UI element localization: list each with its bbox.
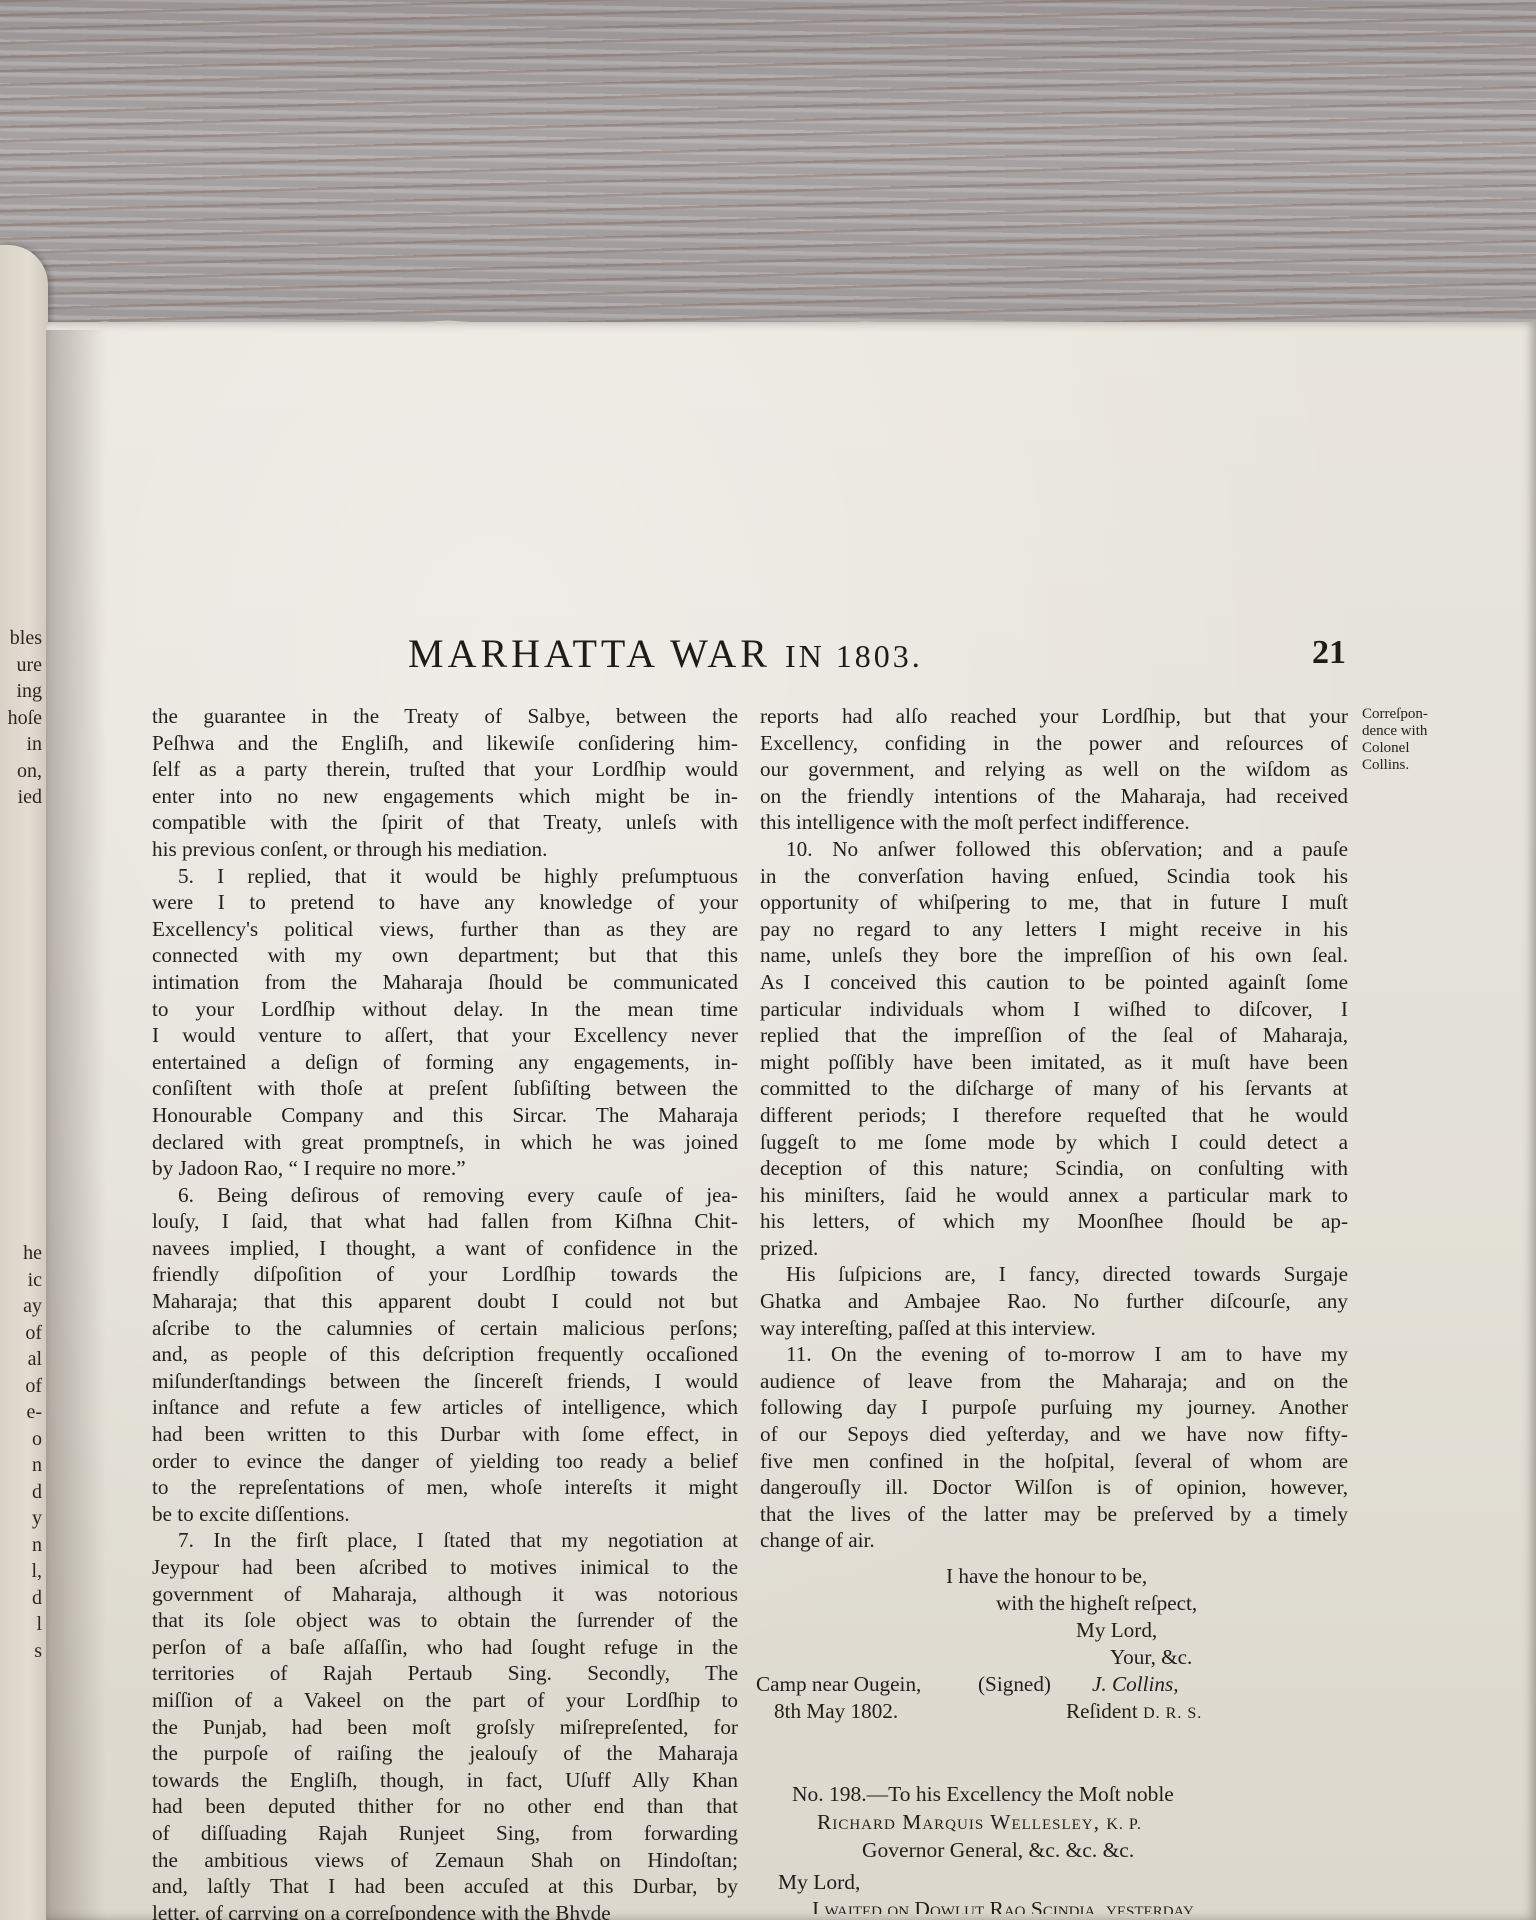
text-line: 6. Being deſirous of removing every cauſ… [152, 1182, 738, 1209]
marginal-note-line: Colonel [1362, 740, 1462, 757]
text-line: audience of leave from the Maharaja; and… [760, 1368, 1348, 1395]
facing-page-fragment: o [23, 1426, 42, 1453]
facing-page-fragment: s [23, 1638, 42, 1665]
text-line: Excellency's political views, further th… [152, 916, 738, 943]
text-line: opportunity of whiſpering to me, that in… [760, 889, 1348, 916]
text-line: government of Maharaja, although it was … [152, 1581, 738, 1608]
marginal-note-line: dence with [1362, 723, 1462, 740]
text-line: that the lives of the latter may be preſ… [760, 1501, 1348, 1528]
paragraph: the guarantee in the Treaty of Salbye, b… [152, 703, 738, 863]
text-line: aſcribe to the calumnies of certain mali… [152, 1315, 738, 1342]
text-line: order to evince the danger of yielding t… [152, 1448, 738, 1475]
text-line: ſelf as a party therein, truſted that yo… [152, 756, 738, 783]
closing-line-2: with the higheſt reſpect, [996, 1591, 1197, 1616]
gutter-shadow [46, 330, 106, 1920]
text-line: towards the Engliſh, though, in fact, Uſ… [152, 1767, 738, 1794]
addressee-name: Richard Marquis Wellesley, [817, 1810, 1100, 1834]
paragraph: 5. I replied, that it would be highly pr… [152, 863, 738, 1182]
facing-page-edge: blesureinghoſeinon,ied heicayofalofe-ond… [0, 245, 48, 1920]
text-line: Peſhwa and the Engliſh, and likewiſe con… [152, 730, 738, 757]
page-number: 21 [1312, 634, 1346, 672]
text-line: in the converſation having enſued, Scind… [760, 863, 1348, 890]
letter-heading: No. 198.—To his Excellency the Moſt nobl… [792, 1782, 1174, 1807]
facing-page-fragment: l [23, 1611, 42, 1638]
text-line: reports had alſo reached your Lordſhip, … [760, 703, 1348, 730]
text-line: Excellency, confiding in the power and r… [760, 730, 1348, 757]
text-line: particular individuals whom I wiſhed to … [760, 996, 1348, 1023]
text-line: Honourable Company and this Sircar. The … [152, 1102, 738, 1129]
closing-line-4: Your, &c. [1110, 1645, 1192, 1670]
text-line: As I conceived this caution to be pointe… [760, 969, 1348, 996]
closing-line-3: My Lord, [1076, 1618, 1157, 1643]
paragraph: 6. Being deſirous of removing every cauſ… [152, 1182, 738, 1528]
marginal-note: Correſpon- dence with Colonel Collins. [1362, 706, 1462, 774]
text-line: way intereſting, paſſed at this intervie… [760, 1315, 1348, 1342]
running-head-title: MARHATTA WAR [408, 631, 771, 676]
text-line: and, as people of this deſcription frequ… [152, 1341, 738, 1368]
text-line: following day I purpoſe purſuing my jour… [760, 1394, 1348, 1421]
facing-page-fragment: d [23, 1585, 42, 1612]
paragraph: 11. On the evening of to-morrow I am to … [760, 1341, 1348, 1554]
text-line: I would venture to aſſert, that your Exc… [152, 1022, 738, 1049]
text-line: his miniſters, ſaid he would annex a par… [760, 1182, 1348, 1209]
facing-page-fragment: n [23, 1532, 42, 1559]
facing-page-fragment: l, [23, 1558, 42, 1585]
text-line: connected with my own department; but th… [152, 942, 738, 969]
marginal-note-line: Collins. [1362, 757, 1462, 774]
facing-page-fragment: ure [8, 652, 42, 679]
addressee-honour: K. P. [1106, 1816, 1142, 1833]
signatory-title: Reſident D. R. S. [1066, 1699, 1202, 1724]
facing-page-fragment: hoſe [8, 705, 42, 732]
text-line: deception of this nature; Scindia, on co… [760, 1155, 1348, 1182]
facing-page-fragment: ay [23, 1293, 42, 1320]
text-line: inſtance and refute a few articles of in… [152, 1394, 738, 1421]
text-line: on the friendly intentions of the Mahara… [760, 783, 1348, 810]
text-line: this intelligence with the moſt perfect … [760, 809, 1348, 836]
text-line: of our Sepoys died yeſterday, and we hav… [760, 1421, 1348, 1448]
closing-date: 8th May 1802. [774, 1699, 898, 1724]
text-line: His ſuſpicions are, I fancy, directed to… [760, 1261, 1348, 1288]
facing-page-fragment: of [23, 1373, 42, 1400]
text-line: dangerouſly ill. Doctor Wilſon is of opi… [760, 1474, 1348, 1501]
facing-page-text-upper: blesureinghoſeinon,ied [8, 625, 42, 811]
text-line: Ghatka and Ambajee Rao. No further diſco… [760, 1288, 1348, 1315]
facing-page-fragment: in [8, 731, 42, 758]
text-line: and, laſtly That I had been accuſed at t… [152, 1873, 738, 1900]
letter-addressee: Richard Marquis Wellesley, K. P. [817, 1810, 1142, 1835]
letter-salutation: My Lord, [778, 1870, 860, 1895]
text-line: entertained a deſign of forming any enga… [152, 1049, 738, 1076]
text-line: committed to the diſcharge of many of hi… [760, 1075, 1348, 1102]
signatory-title-abbrev: D. R. S. [1143, 1705, 1202, 1722]
text-line: compatible with the ſpirit of that Treat… [152, 809, 738, 836]
signatory-title-text: Reſident [1066, 1699, 1138, 1723]
text-line: his letters, of which my Moonſhee ſhould… [760, 1208, 1348, 1235]
paragraph: His ſuſpicions are, I fancy, directed to… [760, 1261, 1348, 1341]
closing-place: Camp near Ougein, [756, 1672, 921, 1697]
facing-page-fragment: y [23, 1505, 42, 1532]
text-line: might poſſibly have been imitated, as it… [760, 1049, 1348, 1076]
text-line: to your Lordſhip without delay. In the m… [152, 996, 738, 1023]
text-line: replied that the impreſſion of the ſeal … [760, 1022, 1348, 1049]
text-line: 10. No anſwer followed this obſervation;… [760, 836, 1348, 863]
text-line: the ambitious views of Zemaun Shah on Hi… [152, 1847, 738, 1874]
running-head-year: IN 1803. [785, 638, 923, 674]
signed-label: (Signed) [978, 1672, 1051, 1697]
facing-page-fragment: of [23, 1320, 42, 1347]
text-line: enter into no new engagements which migh… [152, 783, 738, 810]
facing-page-text-lower: heicayofalofe-ondynl,dls [23, 1240, 42, 1664]
text-line: perſon of a baſe aſſaſſin, who had ſough… [152, 1634, 738, 1661]
facing-page-fragment: bles [8, 625, 42, 652]
text-line: intimation from the Maharaja ſhould be c… [152, 969, 738, 996]
text-line: 11. On the evening of to-morrow I am to … [760, 1341, 1348, 1368]
text-line: ſuggeſt to me ſome mode by which I could… [760, 1129, 1348, 1156]
paragraph: reports had alſo reached your Lordſhip, … [760, 703, 1348, 836]
signature: J. Collins, [1092, 1672, 1179, 1697]
text-line: Maharaja; that this apparent doubt I cou… [152, 1288, 738, 1315]
left-column: the guarantee in the Treaty of Salbye, b… [152, 703, 738, 1920]
text-line: friendly diſpoſition of your Lordſhip to… [152, 1261, 738, 1288]
facing-page-fragment: on, [8, 758, 42, 785]
text-line: be to excite diſſentions. [152, 1501, 738, 1528]
text-line: conſiſtent with thoſe at preſent ſubſiſt… [152, 1075, 738, 1102]
text-line: change of air. [760, 1527, 1348, 1554]
text-line: name, unleſs they bore the impreſſion of… [760, 942, 1348, 969]
addressee-office: Governor General, &c. &c. &c. [862, 1838, 1134, 1863]
text-line: declared with great promptneſs, in which… [152, 1129, 738, 1156]
text-line: prized. [760, 1235, 1348, 1262]
text-line: miſſion of a Vakeel on the part of your … [152, 1687, 738, 1714]
text-line: the purpoſe of raiſing the jealouſy of t… [152, 1740, 738, 1767]
paragraph: 7. In the firſt place, I ſtated that my … [152, 1527, 738, 1920]
text-line: letter, of carrying on a correſpondence … [152, 1900, 738, 1920]
paragraph: 10. No anſwer followed this obſervation;… [760, 836, 1348, 1262]
facing-page-fragment: e- [23, 1399, 42, 1426]
facing-page-fragment: ic [23, 1267, 42, 1294]
text-line: that its ſole object was to obtain the ſ… [152, 1607, 738, 1634]
text-line: of diſſuading Rajah Runjeet Sing, from f… [152, 1820, 738, 1847]
text-line: by Jadoon Rao, “ I require no more.” [152, 1155, 738, 1182]
text-line: had been written to this Durbar with ſom… [152, 1421, 738, 1448]
text-line: louſy, I ſaid, that what had fallen from… [152, 1208, 738, 1235]
right-column: reports had alſo reached your Lordſhip, … [760, 703, 1348, 1554]
facing-page-fragment: ied [8, 784, 42, 811]
text-line: miſunderſtandings between the ſincereſt … [152, 1368, 738, 1395]
text-line: the Punjab, had been moſt groſsly miſrep… [152, 1714, 738, 1741]
text-line: had been deputed thither for no other en… [152, 1793, 738, 1820]
wooden-table-background [0, 0, 1536, 360]
facing-page-fragment: ing [8, 678, 42, 705]
text-line: 7. In the firſt place, I ſtated that my … [152, 1527, 738, 1554]
facing-page-fragment: al [23, 1346, 42, 1373]
text-line: different periods; I therefore requeſted… [760, 1102, 1348, 1129]
facing-page-fragment: d [23, 1479, 42, 1506]
closing-line-1: I have the honour to be, [946, 1564, 1147, 1589]
text-line: navees implied, I thought, a want of con… [152, 1235, 738, 1262]
text-line: territories of Rajah Pertaub Sing. Secon… [152, 1660, 738, 1687]
running-head: MARHATTA WAR IN 1803. [408, 630, 923, 677]
text-line: pay no regard to any letters I might rec… [760, 916, 1348, 943]
text-line: Jeypour had been aſcribed to motives ini… [152, 1554, 738, 1581]
text-line: 5. I replied, that it would be highly pr… [152, 863, 738, 890]
text-line: to the repreſentations of men, whoſe int… [152, 1474, 738, 1501]
marginal-note-line: Correſpon- [1362, 706, 1462, 723]
text-line: were I to pretend to have any knowledge … [152, 889, 738, 916]
text-line: five men confined in the hoſpital, ſever… [760, 1448, 1348, 1475]
text-line: his previous conſent, or through his med… [152, 836, 738, 863]
facing-page-fragment: he [23, 1240, 42, 1267]
text-line: our government, and relying as well on t… [760, 756, 1348, 783]
text-line: the guarantee in the Treaty of Salbye, b… [152, 703, 738, 730]
facing-page-fragment: n [23, 1452, 42, 1479]
